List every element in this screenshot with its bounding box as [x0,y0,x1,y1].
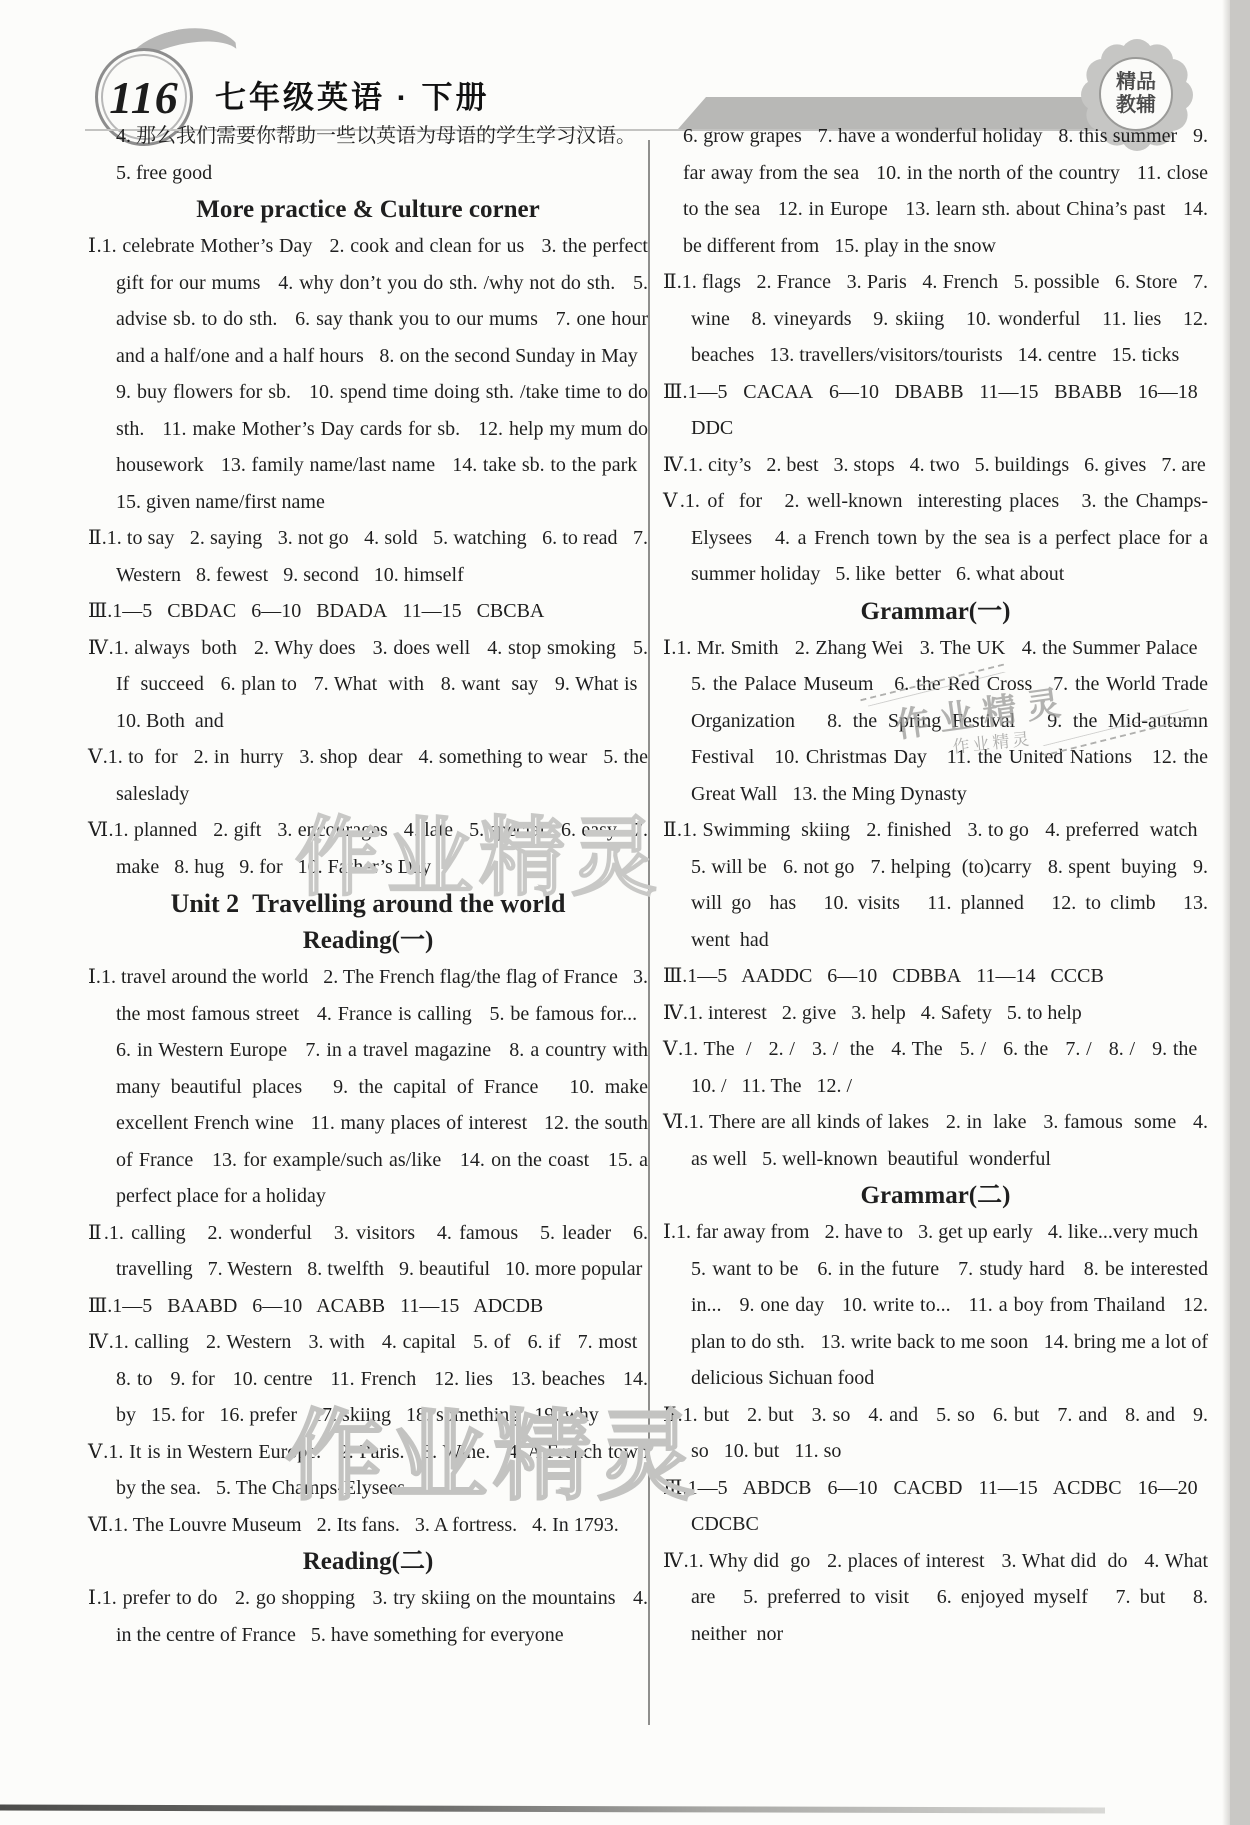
answer-section: Ⅱ.1. Swimming skiing 2. finished 3. to g… [663,812,1208,958]
answer-section: Ⅰ.1. celebrate Mother’s Day 2. cook and … [88,228,648,520]
section-label: Ⅰ. [88,966,101,988]
section-text: 1—5 BAABD 6—10 ACABB 11—15 ADCDB [112,1295,543,1317]
section-label: Ⅰ. [663,637,676,659]
answer-section: Ⅳ.1. city’s 2. best 3. stops 4. two 5. b… [663,447,1208,484]
section-label: Ⅵ. [88,1514,113,1536]
answer-section: Ⅴ.1. It is in Western Europe. 2. Paris. … [88,1434,648,1507]
section-text: 1. celebrate Mother’s Day 2. cook and cl… [102,235,648,513]
answer-section: Ⅲ.1—5 CACAA 6—10 DBABB 11—15 BBABB 16—18… [663,374,1208,447]
answer-section: Ⅵ.1. The Louvre Museum 2. Its fans. 3. A… [88,1507,648,1544]
section-text: 1. Why did go 2. places of interest 3. W… [689,1550,1208,1645]
section-text: 1. of for 2. well-known interesting plac… [685,490,1208,585]
section-text: 1. far away from 2. have to 3. get up ea… [676,1221,1208,1389]
section-text: 1. but 2. but 3. so 4. and 5. so 6. but … [683,1404,1208,1463]
answer-section: Ⅳ.1. always both 2. Why does 3. does wel… [88,630,648,740]
section-label: Ⅲ. [663,1477,688,1499]
section-label: Ⅳ. [663,454,688,476]
section-heading-reading2: Reading(二) [88,1543,648,1580]
answer-section: Ⅲ.1—5 AADDC 6—10 CDBBA 11—14 CCCB [663,958,1208,995]
book-title: 七年级英语 · 下册 [215,72,490,117]
section-label: Ⅲ. [88,600,112,622]
section-label: Ⅲ. [88,1295,112,1317]
scan-edge-shadow [1222,0,1230,1825]
section-text: 1. calling 2. Western 3. with 4. capital… [114,1331,648,1426]
section-label: Ⅱ. [663,819,682,841]
page-number: 116 [109,71,178,124]
section-text: 1. Mr. Smith 2. Zhang Wei 3. The UK 4. t… [676,637,1208,805]
section-text: 1. city’s 2. best 3. stops 4. two 5. bui… [688,454,1206,476]
section-text: 1. It is in Western Europe. 2. Paris. 3.… [108,1441,648,1500]
answer-section: Ⅱ.1. but 2. but 3. so 4. and 5. so 6. bu… [663,1397,1208,1470]
section-label: Ⅳ. [88,1331,114,1353]
answer-section: Ⅳ.1. interest 2. give 3. help 4. Safety … [663,995,1208,1032]
answer-section: Ⅲ.1—5 BAABD 6—10 ACABB 11—15 ADCDB [88,1288,648,1325]
section-label: Ⅳ. [663,1002,688,1024]
section-text: 1. Swimming skiing 2. finished 3. to go … [682,819,1208,951]
section-label: Ⅰ. [663,1221,676,1243]
section-label: Ⅴ. [88,746,108,768]
section-label: Ⅲ. [663,381,688,403]
scan-bottom-edge [0,1805,1105,1814]
answer-section: Ⅲ.1—5 ABDCB 6—10 CACBD 11—15 ACDBC 16—20… [663,1470,1208,1543]
section-heading-grammar1: Grammar(一) [663,593,1208,630]
continued-answers: 6. grow grapes 7. have a wonderful holid… [663,118,1208,264]
section-label: Ⅳ. [663,1550,689,1572]
section-text: 1. flags 2. France 3. Paris 4. French 5.… [682,271,1208,366]
section-label: Ⅵ. [663,1111,689,1133]
section-label: Ⅱ. [663,271,682,293]
section-label: Ⅴ. [88,1441,108,1463]
section-label: Ⅴ. [663,1038,683,1060]
answer-section: Ⅵ.1. planned 2. gift 3. encourages 4. la… [88,812,648,885]
section-heading-grammar2: Grammar(二) [663,1177,1208,1214]
section-text: 1. always both 2. Why does 3. does well … [114,637,648,732]
scan-page-edge [1230,0,1250,1825]
section-text: 1. prefer to do 2. go shopping 3. try sk… [102,1587,648,1646]
answer-section: Ⅱ.1. calling 2. wonderful 3. visitors 4.… [88,1215,648,1288]
section-text: 1. to say 2. saying 3. not go 4. sold 5.… [107,527,648,586]
section-text: 1—5 AADDC 6—10 CDBBA 11—14 CCCB [687,965,1104,987]
section-label: Ⅱ. [88,527,107,549]
answer-section: Ⅴ.1. The / 2. / 3. / the 4. The 5. / 6. … [663,1031,1208,1104]
section-text: 1. There are all kinds of lakes 2. in la… [689,1111,1208,1170]
right-column: 6. grow grapes 7. have a wonderful holid… [663,118,1208,1652]
section-text: 1. interest 2. give 3. help 4. Safety 5.… [688,1002,1082,1024]
section-heading-more-practice: More practice & Culture corner [88,191,648,228]
unit-heading: Unit 2 Travelling around the world [88,885,648,922]
answer-section: Ⅳ.1. Why did go 2. places of interest 3.… [663,1543,1208,1653]
answer-section: Ⅴ.1. of for 2. well-known interesting pl… [663,483,1208,593]
scanned-answer-page: 116 七年级英语 · 下册 精品 教辅 4. 那么我们需要你帮助一些以英语为母… [0,0,1250,1825]
section-text: 1. travel around the world 2. The French… [101,966,648,1207]
answer-section: Ⅱ.1. to say 2. saying 3. not go 4. sold … [88,520,648,593]
answer-section: Ⅰ.1. far away from 2. have to 3. get up … [663,1214,1208,1397]
answer-section: Ⅴ.1. to for 2. in hurry 3. shop dear 4. … [88,739,648,812]
column-divider [648,140,650,1725]
answer-section: Ⅱ.1. flags 2. France 3. Paris 4. French … [663,264,1208,374]
section-label: Ⅰ. [88,1587,102,1609]
answer-section: Ⅰ.1. travel around the world 2. The Fren… [88,959,648,1215]
section-text: 1. to for 2. in hurry 3. shop dear 4. so… [108,746,648,805]
section-text: 1. planned 2. gift 3. encourages 4. late… [113,819,648,878]
answer-section: Ⅳ.1. calling 2. Western 3. with 4. capit… [88,1324,648,1434]
section-text: 1—5 CACAA 6—10 DBABB 11—15 BBABB 16—18 D… [688,381,1208,440]
section-label: Ⅴ. [663,490,685,512]
section-text: 1—5 CBDAC 6—10 BDADA 11—15 CBCBA [112,600,544,622]
answer-section: Ⅵ.1. There are all kinds of lakes 2. in … [663,1104,1208,1177]
section-label: Ⅱ. [88,1222,109,1244]
section-label: Ⅵ. [88,819,113,841]
section-label: Ⅰ. [88,235,102,257]
answer-section: Ⅲ.1—5 CBDAC 6—10 BDADA 11—15 CBCBA [88,593,648,630]
section-heading-reading1: Reading(一) [88,922,648,959]
section-text: 1. The / 2. / 3. / the 4. The 5. / 6. th… [683,1038,1208,1097]
left-column: 4. 那么我们需要你帮助一些以英语为母语的学生学习汉语。 5. free goo… [88,118,648,1653]
section-text: 1. The Louvre Museum 2. Its fans. 3. A f… [113,1514,619,1536]
answer-section: Ⅰ.1. Mr. Smith 2. Zhang Wei 3. The UK 4.… [663,630,1208,813]
section-label: Ⅱ. [663,1404,683,1426]
section-label: Ⅳ. [88,637,114,659]
answer-section: Ⅰ.1. prefer to do 2. go shopping 3. try … [88,1580,648,1653]
section-text: 1. calling 2. wonderful 3. visitors 4. f… [109,1222,648,1281]
continued-answers: 4. 那么我们需要你帮助一些以英语为母语的学生学习汉语。 5. free goo… [88,118,648,191]
section-text: 1—5 ABDCB 6—10 CACBD 11—15 ACDBC 16—20 C… [688,1477,1208,1536]
section-label: Ⅲ. [663,965,687,987]
